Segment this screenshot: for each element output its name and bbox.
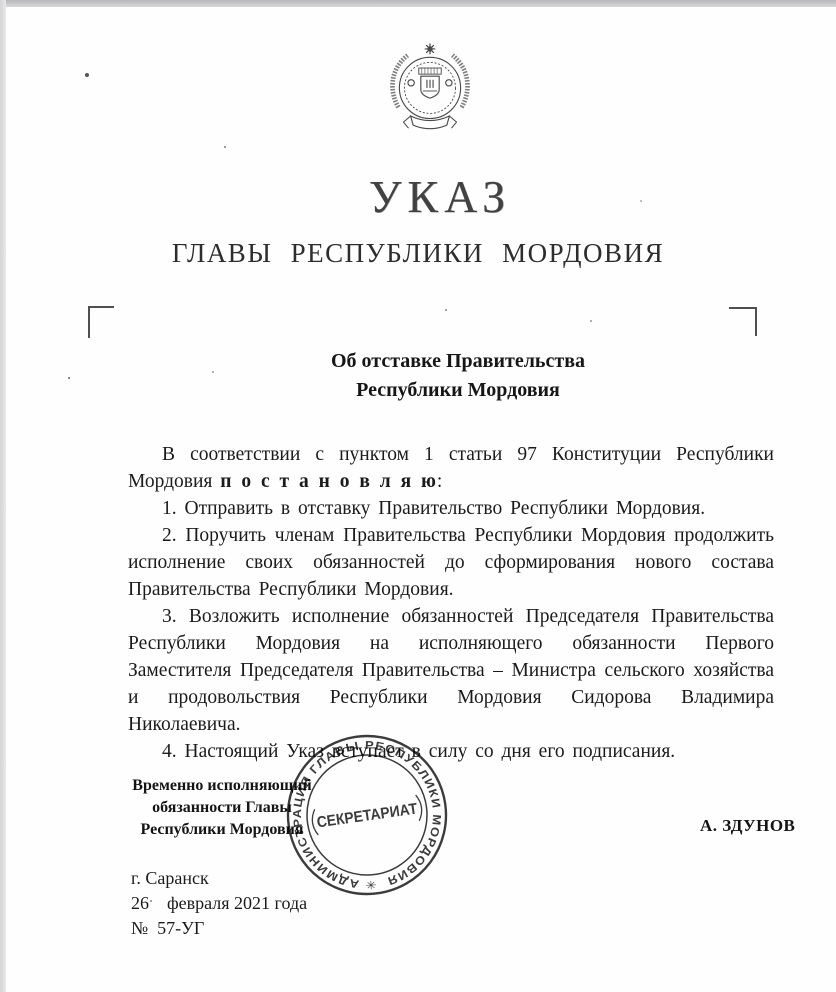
footer-block: г. Саранск 26 февраля 2021 года № 57-УГ: [131, 866, 307, 941]
scan-noise-specks: [0, 0, 2, 2]
paragraph-item-3: 3. Возложить исполнение обязанностей Пре…: [128, 603, 774, 738]
paragraph-item-2: 2. Поручить членам Правительства Республ…: [128, 522, 774, 603]
document-type-heading: УКАЗ: [22, 170, 836, 223]
document-title: Об отставке Правительства Республики Мор…: [128, 347, 788, 405]
scanned-decree-page: УКАЗ ГЛАВЫ РЕСПУБЛИКИ МОРДОВИЯ Об отстав…: [0, 0, 836, 992]
footer-city: г. Саранск: [131, 866, 307, 891]
footer-date: 26 февраля 2021 года: [131, 891, 307, 916]
signatory-name: А. ЗДУНОВ: [700, 816, 795, 836]
coat-of-arms-emblem: [382, 42, 478, 142]
paragraph-preamble: В соответствии с пунктом 1 статьи 97 Кон…: [128, 441, 774, 495]
stamp-center-text: СЕКРЕТАРИАТ: [316, 801, 419, 832]
decree-verb: п о с т а н о в л я ю: [220, 471, 437, 492]
crop-mark-right: [729, 307, 757, 336]
scan-edge-top: [0, 0, 836, 7]
issuing-authority-heading: ГЛАВЫ РЕСПУБЛИКИ МОРДОВИЯ: [0, 238, 836, 269]
document-title-line1: Об отставке Правительства: [128, 347, 788, 376]
document-body: В соответствии с пунктом 1 статьи 97 Кон…: [128, 441, 774, 765]
paragraph-item-1: 1. Отправить в отставку Правительство Ре…: [128, 495, 774, 522]
paragraph-item-4: 4. Настоящий Указ вступает в силу со дня…: [128, 738, 774, 765]
crop-mark-left: [88, 306, 114, 338]
document-title-line2: Республики Мордовия: [128, 376, 788, 405]
footer-number: № 57-УГ: [131, 916, 307, 941]
decree-colon: :: [437, 471, 442, 492]
scan-edge-left: [0, 0, 6, 992]
